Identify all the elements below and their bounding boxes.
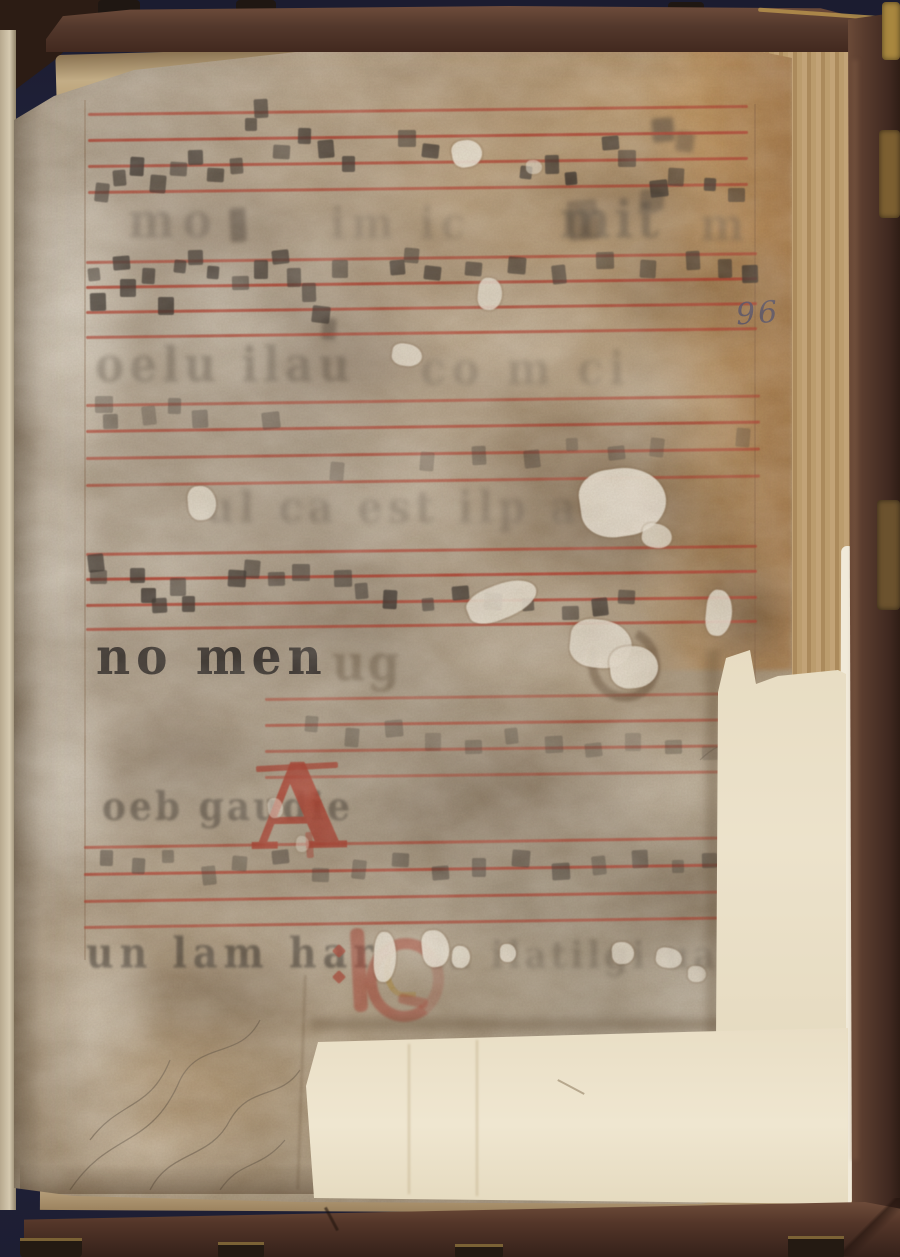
facing-page-edge-strip — [0, 30, 16, 1210]
leather-corner-fold — [838, 1198, 900, 1256]
clasp-foot — [20, 1238, 82, 1257]
patch-crease — [476, 1040, 478, 1196]
repair-patch-bottom — [304, 1026, 848, 1206]
clasp — [882, 2, 900, 60]
clasp-foot — [218, 1242, 264, 1257]
clasp — [879, 130, 900, 218]
clasp — [877, 500, 900, 610]
patch-crease — [408, 1044, 410, 1194]
clasp-foot — [455, 1244, 503, 1257]
photograph-of-manuscript-book: moim icmitmoelu ilauco m ciul ca est ilp… — [0, 0, 900, 1257]
clasp-foot — [788, 1236, 844, 1257]
leather-cover-top — [46, 6, 888, 52]
leather-fold-highlight — [852, 60, 858, 1160]
repair-patch-vertical — [716, 644, 846, 1044]
